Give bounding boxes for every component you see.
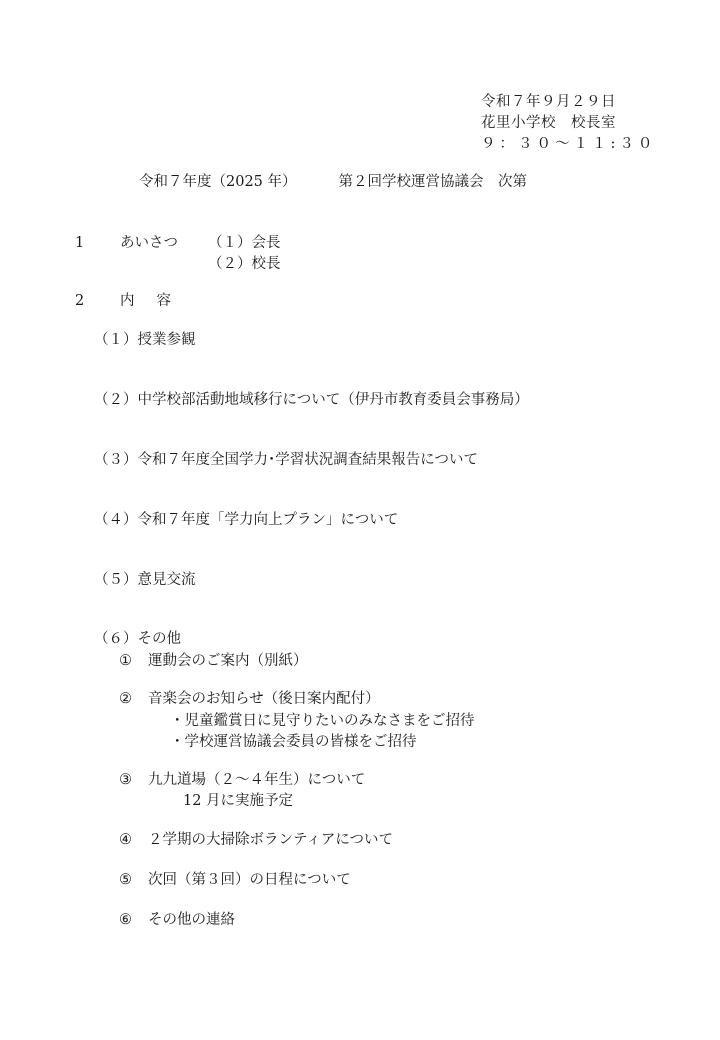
other-item-2: ②音楽会のお知らせ（後日案内配付）: [119, 692, 380, 707]
agenda-item-2: （２）中学校部活動地域移行について（伊丹市教育委員会事務局）: [94, 393, 529, 408]
agenda-item-3: （３）令和７年度全国学力･学習状況調査結果報告について: [94, 453, 478, 468]
title-year: 令和７年度（2025 年）: [139, 174, 297, 190]
item-text: 運動会のご案内（別紙）: [148, 653, 308, 669]
item-text: 次回（第３回）の日程について: [148, 872, 351, 888]
other-item-5: ⑤次回（第３回）の日程について: [119, 873, 351, 888]
agenda-item-6: （６）その他: [94, 632, 181, 647]
greeting-subitem-chair: （１）会長: [208, 236, 281, 251]
title-meeting: 第２回学校運営協議会 次第: [339, 174, 528, 190]
item-marker: ①: [119, 653, 132, 669]
other-item-3: ③九九道場（２～４年生）について: [119, 773, 365, 788]
item-text: 九九道場（２～４年生）について: [148, 772, 365, 788]
agenda-item-5: （５）意見交流: [94, 573, 196, 588]
agenda-item-4: （４）令和７年度「学力向上プラン」について: [94, 513, 398, 528]
meeting-time: ９：３０～１１:３０: [481, 134, 656, 155]
item-marker: ③: [119, 772, 132, 788]
item-text: 音楽会のお知らせ（後日案内配付）: [148, 691, 380, 707]
other-item-6: ⑥その他の連絡: [119, 913, 235, 928]
other-item-4: ④２学期の大掃除ボランティアについて: [119, 833, 393, 848]
other-item-1: ①運動会のご案内（別紙）: [119, 654, 308, 669]
section-label-content: 内容: [120, 294, 193, 309]
item-marker: ④: [119, 832, 132, 848]
item-marker: ⑤: [119, 872, 132, 888]
section-label-greeting: あいさつ: [120, 236, 178, 251]
other-item-2-bullet-1: ・児童鑑賞日に見守りたいのみなさまをご招待: [170, 714, 475, 729]
document-header: 令和７年９月２９日 花里小学校 校長室 ９：３０～１１:３０: [481, 92, 656, 155]
section-number-1: 1: [75, 236, 84, 251]
other-item-3-note: 12 月に実施予定: [183, 794, 293, 809]
document-title: 令和７年度（2025 年）第２回学校運営協議会 次第: [139, 175, 527, 190]
item-text: ２学期の大掃除ボランティアについて: [148, 832, 393, 848]
item-marker: ②: [119, 691, 132, 707]
other-item-2-bullet-2: ・学校運営協議会委員の皆様をご招待: [170, 735, 417, 750]
agenda-item-1: （１）授業参観: [94, 333, 196, 348]
item-marker: ⑥: [119, 912, 132, 928]
meeting-location: 花里小学校 校長室: [481, 113, 656, 134]
item-text: その他の連絡: [148, 912, 235, 928]
section-number-2: 2: [75, 294, 84, 309]
greeting-subitem-principal: （２）校長: [208, 257, 281, 272]
meeting-date: 令和７年９月２９日: [481, 92, 656, 113]
